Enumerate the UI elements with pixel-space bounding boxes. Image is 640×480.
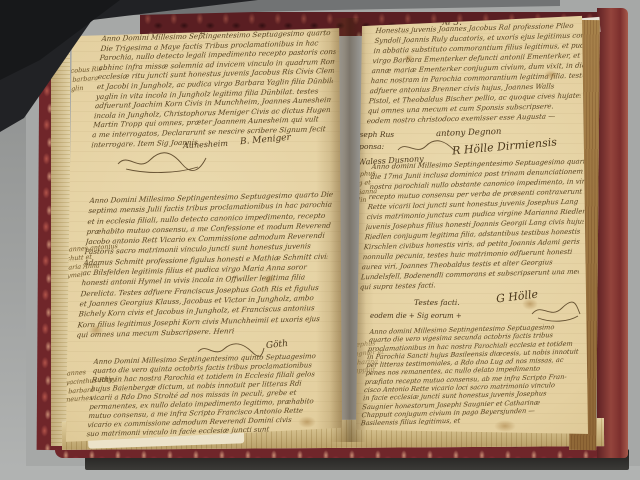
archive-photo-scene: 2 Jacobus Riset barbarayaglin Anno Domin…: [0, 0, 640, 480]
marriage-entry-3: Anno Domini Millesimo Septingentesimo qu…: [86, 352, 334, 440]
signature-flourish: [396, 138, 456, 158]
book-cover-right-board: [597, 8, 628, 458]
marriage-entry-4: Honestus juvenis Joannes Jacobus Ral pro…: [366, 20, 588, 126]
signature-flourish: [116, 150, 208, 174]
marriage-entry-5: Anno domini Millesimo Septingentesimo Se…: [359, 156, 589, 292]
marriage-entry-2: Anno Domini Millesimo Septingentesimo Se…: [76, 190, 334, 341]
signature-sponsus: Joseph Rus: [352, 130, 394, 139]
signature-witness-3: Göth: [266, 339, 289, 351]
signature-witness-1: Aunesheim: [183, 139, 228, 150]
label-eodem-die: eodem die + Sig eorum +: [370, 312, 462, 320]
marriage-entry-1: Anno Domini Millesimo Septingentesimo Se…: [91, 28, 338, 150]
background-left-band: [0, 0, 26, 480]
right-page: № 3. Honestus juvenis Joannes Jacobus Ra…: [344, 10, 594, 434]
label-testes: Testes facti.: [414, 298, 460, 307]
left-page: 2 Jacobus Riset barbarayaglin Anno Domin…: [58, 24, 342, 442]
label-sponsa: Sponsa:: [354, 142, 384, 151]
signature-vicar: R Hölle Dirmiensis: [452, 135, 558, 157]
marriage-entry-6: Anno domini Millesimo Septingentesimo Se…: [360, 322, 590, 428]
signature-flourish: [530, 300, 582, 322]
